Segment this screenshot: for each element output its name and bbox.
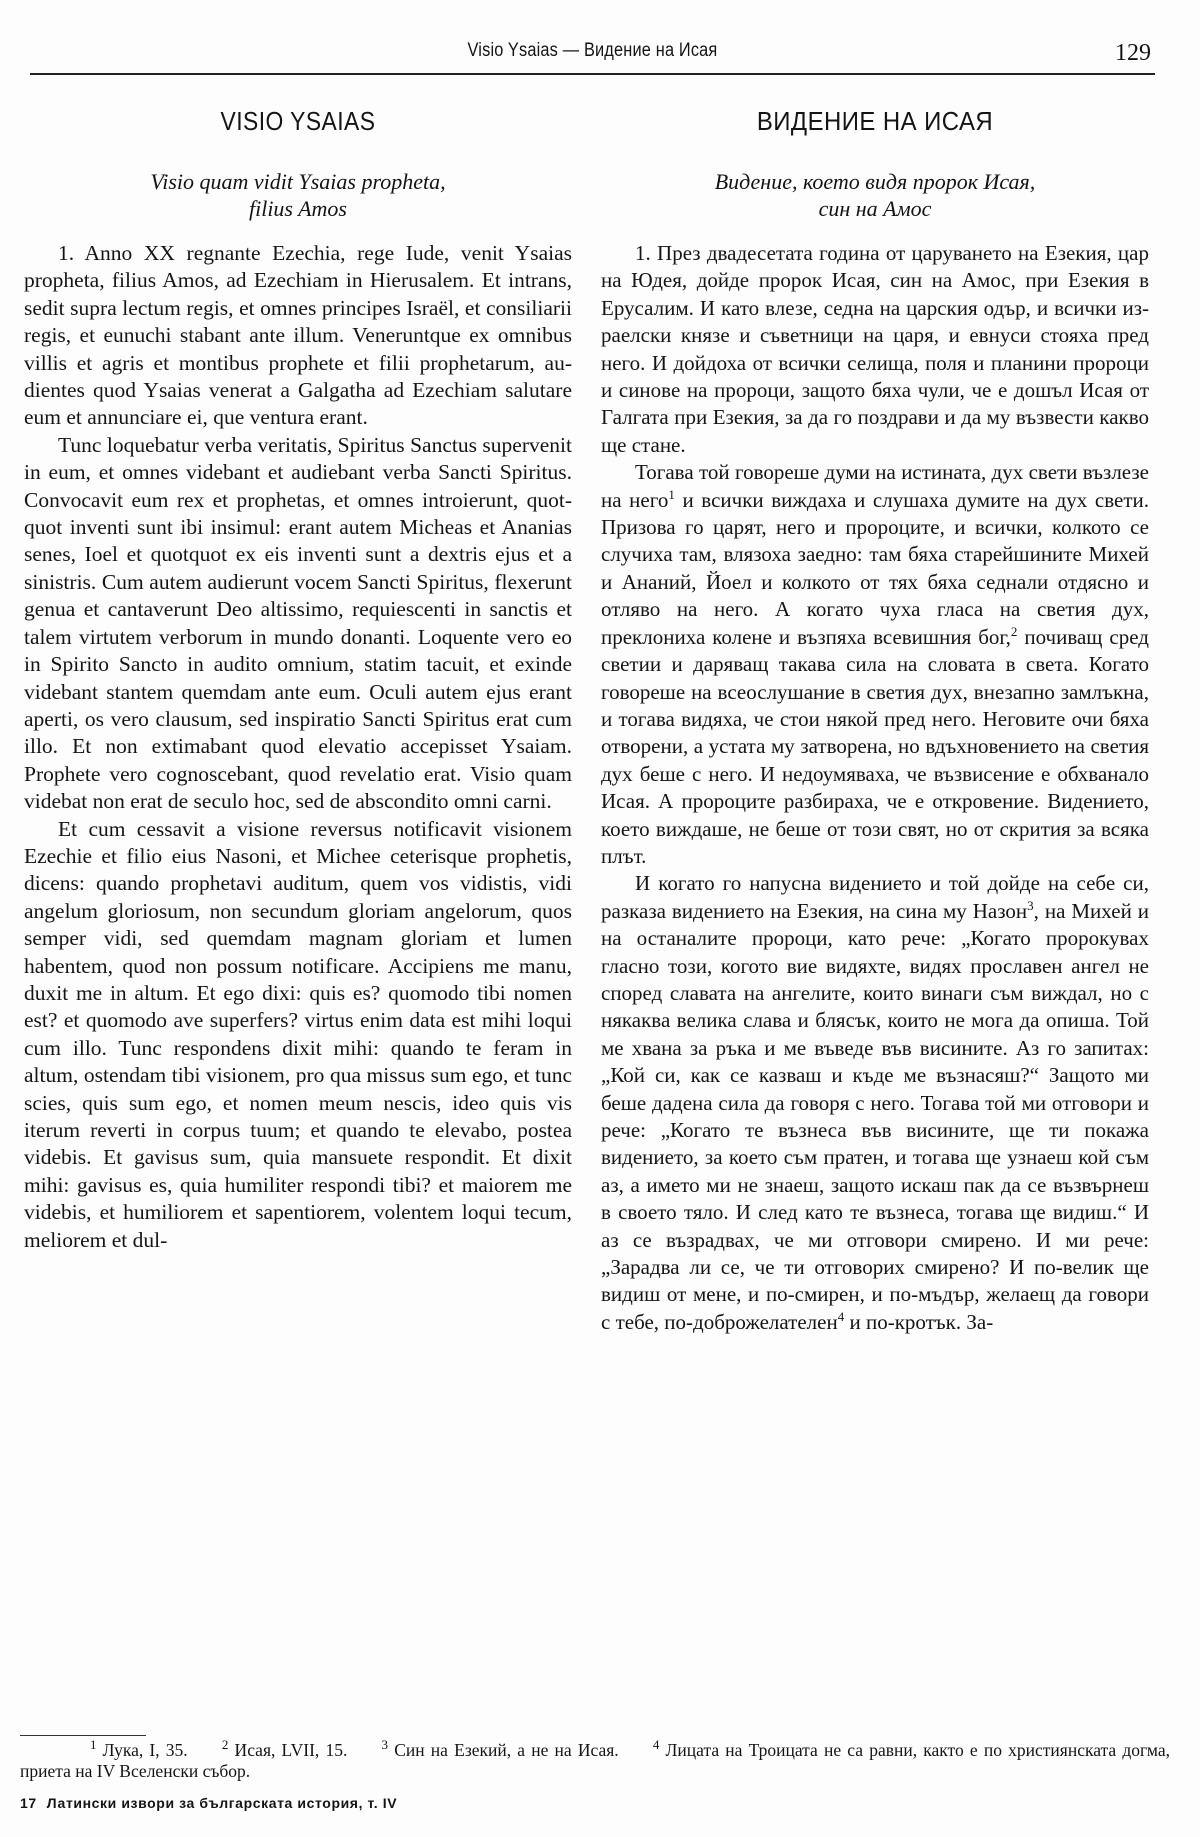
bulgarian-subtitle: Видение, което видя пророк Исая, син на …: [601, 168, 1149, 222]
footnote-rule: [20, 1735, 146, 1736]
signature-text: Латински извори за българската история, …: [47, 1795, 397, 1811]
bulgarian-paragraph: 1. През двадесетата година от царуването…: [601, 240, 1149, 459]
bulgarian-title: ВИДЕНИЕ НА ИСАЯ: [623, 106, 1127, 154]
latin-paragraph: 1. Anno XX regnante Ezechia, rege Iude, …: [24, 240, 572, 432]
printer-signature: 17Латински извори за българската история…: [20, 1795, 397, 1811]
paragraph-text: , на Михей и на оста­налите пророци, кат…: [601, 899, 1149, 1334]
latin-subtitle: Visio quam vidit Ysaias propheta, filius…: [24, 168, 572, 222]
footnote-2: 2 Исая, LVII, 15.: [222, 1740, 347, 1760]
latin-column: VISIO YSAIAS Visio quam vidit Ysaias pro…: [24, 100, 572, 1254]
page-number: 129: [1115, 40, 1151, 67]
running-head: Visio Ysaias — Видение на Исая 129: [30, 40, 1155, 70]
bulgarian-subtitle-line2: син на Амос: [601, 195, 1149, 222]
sheet-number: 17: [20, 1795, 37, 1811]
footnote-text: Исая, LVII, 15.: [228, 1740, 347, 1760]
bulgarian-subtitle-line1: Видение, което видя пророк Исая,: [601, 168, 1149, 195]
bulgarian-paragraph: И когато го напусна видението и той дойд…: [601, 870, 1149, 1336]
footnote-text: Лука, I, 35.: [97, 1740, 188, 1760]
bulgarian-column: ВИДЕНИЕ НА ИСАЯ Видение, което видя прор…: [601, 100, 1149, 1336]
footnotes: 1 Лука, I, 35. 2 Исая, LVII, 15. 3 Син н…: [20, 1740, 1170, 1782]
paragraph-text: почиващ сред светии и даряващ такава сил…: [601, 625, 1149, 868]
latin-title: VISIO YSAIAS: [57, 106, 539, 154]
bulgarian-paragraph: Тогава той говореше думи на истината, ду…: [601, 459, 1149, 870]
footnote-3: 3 Син на Езекий, а не на Исая.: [382, 1740, 619, 1760]
footnote-1: 1 Лука, I, 35.: [90, 1740, 188, 1760]
paragraph-text: 1. През двадесетата година от царуването…: [601, 241, 1149, 457]
header-rule: [30, 73, 1155, 75]
footnote-text: Син на Езекий, а не на Исая.: [388, 1740, 619, 1760]
latin-subtitle-line1: Visio quam vidit Ysaias propheta,: [24, 168, 572, 195]
latin-subtitle-line2: filius Amos: [24, 195, 572, 222]
latin-paragraph: Et cum cessavit a visione reversus notif…: [24, 816, 572, 1255]
running-title: Visio Ysaias — Видение на Исая: [109, 40, 1077, 62]
latin-paragraph: Tunc loquebatur verba veritatis, Spiritu…: [24, 432, 572, 816]
paragraph-text: и по-кротък. За-: [844, 1310, 993, 1334]
